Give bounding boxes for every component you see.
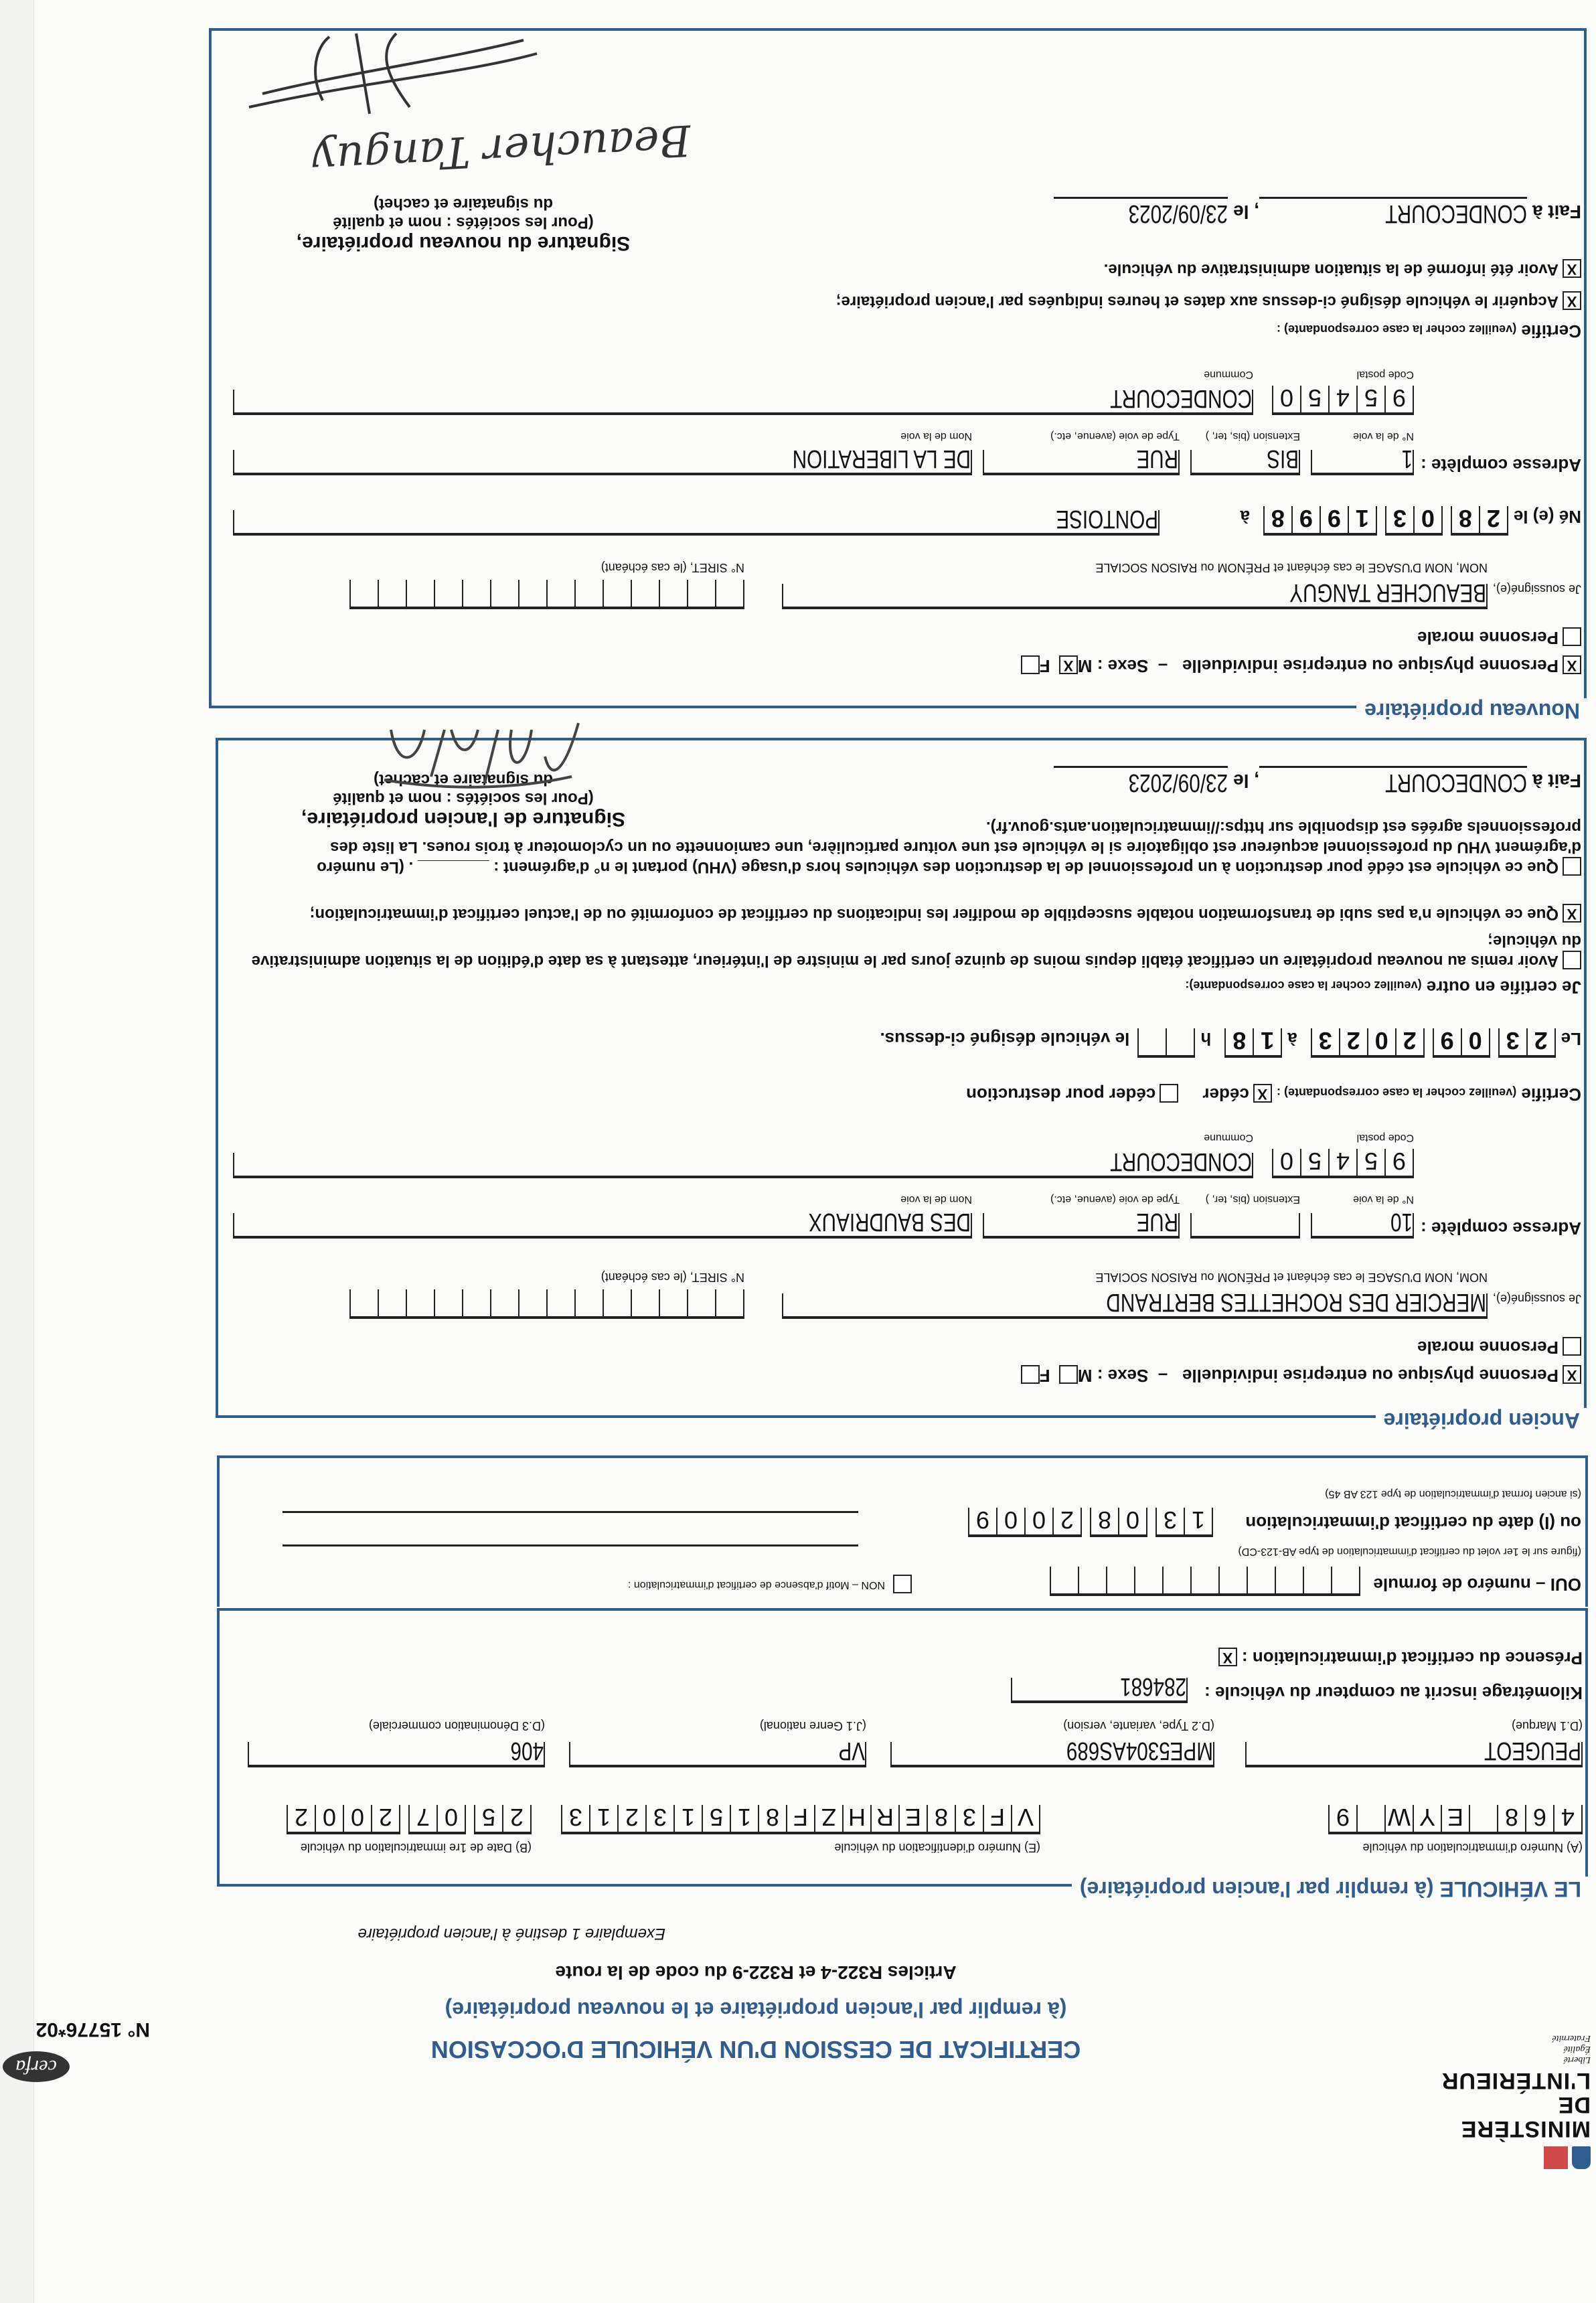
cell-group[interactable]: 07 [408,1805,466,1834]
char-cell[interactable]: R [872,1805,900,1832]
cession-datetime-row: Le 23092023 à 18 h le véhicule désigné c… [880,1028,1581,1058]
vehicle-section-title: LE VÉHICULE (à remplir par l'ancien prop… [1072,1877,1589,1901]
nouveau-physique-checkbox[interactable]: X [1563,655,1581,674]
char-cell[interactable] [1164,1567,1192,1593]
flag-red-icon [1544,2146,1568,2169]
char-cell[interactable] [660,580,688,607]
char-cell[interactable]: 4 [1554,1805,1583,1832]
non-motif-line-1[interactable] [283,1544,858,1546]
birth-place-field[interactable]: PONTOISE [233,510,1160,536]
ancien-proprietaire-section: Ancien propriétaire XPersonne physique o… [216,736,1588,1433]
copy-label: Exemplaire 1 destiné à l'ancien propriét… [357,1924,665,1943]
char-cell[interactable]: 8 [1263,506,1293,533]
char-cell[interactable] [491,1289,520,1316]
char-cell[interactable]: 5 [1301,1149,1330,1176]
non-checkbox[interactable] [893,1575,912,1593]
immatriculation-cells[interactable]: 468EYW9 [1328,1805,1583,1834]
ancien-physique-checkbox[interactable]: X [1563,1365,1581,1384]
char-cell[interactable] [1192,1567,1220,1593]
char-cell[interactable]: Z [815,1805,844,1832]
char-cell[interactable] [1358,1805,1386,1832]
char-cell[interactable] [632,1289,660,1316]
cell-group[interactable]: 25 [474,1805,532,1834]
cession-hour-cells[interactable]: 18 [1224,1028,1282,1058]
republic-motto: Liberté Égalité Fraternité [1417,2033,1591,2065]
char-cell[interactable]: 1 [1185,1508,1213,1534]
char-cell[interactable] [1276,1567,1304,1593]
char-cell[interactable]: 8 [1498,1805,1526,1832]
num-voie-hint: N° de la voie [1353,1193,1414,1205]
birth-row: Né (e) le 28031998 à [1234,506,1581,536]
nouveau-sexe-m-checkbox[interactable]: X [1059,655,1078,674]
nouveau-option-2-checkbox[interactable]: X [1563,259,1581,278]
type-field[interactable]: MPE5304AS689 [890,1742,1214,1767]
char-cell[interactable]: F [787,1805,815,1832]
oui-hint: (figure sur le 1er volet du certificat d… [1238,1545,1581,1557]
cell-group[interactable]: 09 [1433,1028,1490,1058]
ancien-physique-row: XPersonne physique ou entreprise individ… [1017,1365,1581,1386]
cell-group[interactable]: 2009 [968,1508,1082,1537]
char-cell[interactable] [548,1289,576,1316]
char-cell[interactable]: 9 [1433,1028,1462,1055]
nouveau-type-voie[interactable]: RUE [983,450,1180,475]
char-cell[interactable] [548,580,576,607]
cell-group[interactable]: 2023 [1311,1028,1425,1058]
char-cell[interactable]: 1 [731,1805,759,1832]
char-cell[interactable] [435,1289,463,1316]
char-cell[interactable] [520,1289,548,1316]
char-cell[interactable]: H [844,1805,872,1832]
nom-voie-hint: Nom de la voie [900,1193,972,1205]
certificate-details: OUI – numéro de formule NON – Motif d'ab… [222,1453,1588,1607]
ministry-name: MINISTÈRE DE L'INTÉRIEUR [1417,2069,1591,2141]
char-cell[interactable] [1304,1567,1332,1593]
presence-checkbox[interactable]: X [1218,1648,1237,1666]
type-voie-hint: Type de voie (avenue, etc.) [1050,430,1180,442]
char-cell[interactable]: 2 [1054,1508,1082,1534]
nouveau-commune[interactable]: CONDECOURT [233,390,1253,415]
char-cell[interactable] [407,580,435,607]
nouveau-code-postal-cells[interactable]: 95450 [1272,386,1414,415]
char-cell[interactable]: 0 [1272,386,1301,412]
marianne-icon [1572,2146,1591,2169]
marque-field[interactable]: PEUGEOT [1245,1742,1583,1767]
cell-group[interactable]: 03 [1385,506,1443,536]
nouveau-section-title: Nouveau propriétaire [1356,698,1588,723]
nouveau-nom-voie[interactable]: DE LA LIBERATION [233,450,972,475]
char-cell[interactable]: 2 [1480,506,1508,533]
char-cell[interactable] [688,580,716,607]
char-cell[interactable]: 1 [1254,1028,1282,1055]
form-title: CERTIFICAT DE CESSION D'UN VÉHICULE D'OC… [254,2035,1258,2063]
ancien-fait-date[interactable]: 23/09/2023 [1054,766,1228,797]
type-voie-hint: Type de voie (avenue, etc.) [1050,1193,1180,1205]
type-label: (D.2 Type, variante, version) [1063,1719,1214,1733]
outre-row: Je certifie en outre (veuillez cocher la… [1185,977,1581,998]
char-cell[interactable]: 2 [287,1805,316,1832]
char-cell[interactable]: 0 [1272,1149,1301,1176]
char-cell[interactable]: 2 [1340,1028,1368,1055]
marque-label: (D.1 Marque) [1512,1719,1583,1733]
date-ci-hint: (si ancien format d'immatriculation de t… [1325,1488,1581,1500]
char-cell[interactable]: 0 [1119,1508,1147,1534]
char-cell[interactable]: Y [1414,1805,1442,1832]
vin-cells[interactable]: VF38ERHZF81513213 [561,1805,1040,1834]
ancien-siret-hint: N° SIRET, (le cas échéant) [601,1270,744,1284]
first-registration-label: (B) Date de 1re immatriculation du véhic… [301,1840,532,1854]
nouveau-fait-lieu[interactable]: CONDECOURT [1259,197,1527,228]
char-cell[interactable]: 8 [1451,506,1480,533]
char-cell[interactable]: 9 [1386,1149,1414,1176]
char-cell[interactable] [379,580,407,607]
form-subtitle: (à remplir par l'ancien propriétaire et … [254,1997,1258,2022]
ancien-extension[interactable] [1190,1213,1300,1239]
char-cell[interactable]: 8 [759,1805,787,1832]
nouveau-option-2: XAvoir été informé de la situation admin… [1104,259,1581,279]
char-cell[interactable]: 5 [1358,1149,1386,1176]
ancien-morale-checkbox[interactable] [1563,1337,1581,1356]
ancien-fait-lieu[interactable]: CONDECOURT [1259,766,1527,797]
nouveau-extension[interactable]: BIS [1190,450,1300,475]
char-cell[interactable] [491,580,520,607]
char-cell[interactable]: W [1386,1805,1414,1832]
code-postal-hint: Code postal [1357,368,1414,380]
char-cell[interactable]: F [984,1805,1012,1832]
commune-hint: Commune [1204,368,1253,380]
char-cell[interactable] [1135,1567,1164,1593]
nouveau-soussigne-label: Je soussigné(e), [1493,582,1581,596]
char-cell[interactable]: 2 [1396,1028,1425,1055]
ancien-type-voie[interactable]: RUE [983,1213,1180,1239]
char-cell[interactable] [1167,1028,1195,1055]
char-cell[interactable] [688,1289,716,1316]
cerfa-logo: cerfa [3,2051,70,2082]
char-cell[interactable]: 4 [1330,386,1358,412]
char-cell[interactable] [1470,1805,1498,1832]
char-cell[interactable]: 7 [408,1805,438,1832]
date-ci-label: ou (I) date du certificat d'immatriculat… [1245,1512,1581,1533]
code-postal-hint: Code postal [1357,1131,1414,1143]
char-cell[interactable]: 9 [968,1508,997,1534]
extension-hint: Extension (bis, ter, ) [1206,1193,1300,1205]
cession-date-cells[interactable]: 23092023 [1303,1028,1556,1058]
cerfa-form-page: MINISTÈRE DE L'INTÉRIEUR Liberté Égalité… [0,0,1596,2303]
nouveau-proprietaire-section: Nouveau propriétaire XPersonne physique … [209,33,1588,723]
formule-number-cells[interactable] [1050,1567,1360,1596]
char-cell[interactable]: 2 [372,1805,400,1832]
char-cell[interactable] [604,580,632,607]
cell-group[interactable]: 2002 [287,1805,400,1834]
char-cell[interactable]: 9 [1386,386,1414,412]
immatriculation-label: (A) Numéro d'immatriculation du véhicule [1362,1840,1583,1854]
char-cell[interactable] [716,1289,744,1316]
num-voie-hint: N° de la voie [1353,430,1414,442]
char-cell[interactable]: 9 [1321,506,1349,533]
cell-group[interactable]: 13 [1155,1508,1213,1537]
birth-date-cells[interactable]: 28031998 [1255,506,1508,536]
legal-articles: Articles R322-4 et R322-9 du code de la … [254,1962,1258,1983]
nouveau-morale-row: Personne morale [1417,627,1581,648]
cerfa-number: N° 15776*02 [36,2018,150,2041]
non-motif-line-2[interactable] [283,1511,858,1513]
outre-option-1-checkbox[interactable] [1563,951,1581,969]
char-cell[interactable]: 9 [1328,1805,1358,1832]
cession-minute-cells[interactable] [1137,1028,1195,1058]
cell-group[interactable]: 23 [1498,1028,1556,1058]
nom-voie-hint: Nom de la voie [900,430,972,442]
char-cell[interactable] [1248,1567,1276,1593]
outre-option-3-checkbox[interactable] [1563,857,1581,876]
char-cell[interactable]: 8 [1090,1508,1119,1534]
char-cell[interactable]: 0 [1415,506,1443,533]
char-cell[interactable] [520,580,548,607]
ancien-commune[interactable]: CONDECOURT [233,1153,1253,1178]
nouveau-morale-checkbox[interactable] [1563,627,1581,646]
char-cell[interactable]: 2 [619,1805,647,1832]
ancien-siret-cells[interactable] [349,1289,744,1319]
char-cell[interactable] [716,580,744,607]
char-cell[interactable] [463,580,491,607]
nouveau-fait-row: Fait à CONDECOURT, le 23/09/2023 [1054,197,1581,228]
ancien-num-voie[interactable]: 10 [1311,1213,1414,1239]
commune-hint: Commune [1204,1131,1253,1143]
char-cell[interactable]: 5 [1358,386,1386,412]
ceder-destruction-checkbox[interactable] [1160,1084,1178,1103]
extension-hint: Extension (bis, ter, ) [1206,430,1300,442]
char-cell[interactable]: 2 [503,1805,532,1832]
genre-field[interactable]: VP [569,1742,866,1767]
ancien-sexe-m-checkbox[interactable] [1059,1365,1078,1384]
char-cell[interactable]: 3 [647,1805,675,1832]
cell-group[interactable]: 28 [1451,506,1508,536]
nouveau-physique-row: XPersonne physique ou entreprise individ… [1017,655,1581,676]
denomination-label: (D.3 Dénomination commerciale) [369,1719,545,1733]
ancien-nom-voie[interactable]: DES BAUDRIAUX [233,1213,972,1239]
nouveau-fait-date[interactable]: 23/09/2023 [1054,197,1228,228]
char-cell[interactable]: 1 [1349,506,1377,533]
nouveau-siret-hint: N° SIRET, (le cas échéant) [601,560,744,574]
char-cell[interactable]: 0 [438,1805,466,1832]
denomination-field[interactable]: 406 [248,1742,545,1767]
ancien-section-title: Ancien propriétaire [1376,1408,1588,1433]
char-cell[interactable] [435,580,463,607]
char-cell[interactable]: 5 [474,1805,503,1832]
nouveau-name-hint: NOM, NOM D'USAGE le cas échéant et PRÉNO… [1095,560,1488,574]
char-cell[interactable]: 5 [703,1805,731,1832]
ancien-certifie-row: Certifie (veuillez cocher la case corres… [966,1084,1581,1105]
char-cell[interactable]: 3 [1311,1028,1340,1055]
char-cell[interactable]: 9 [1293,506,1321,533]
char-cell[interactable]: 8 [1224,1028,1254,1055]
char-cell[interactable]: 3 [561,1805,590,1832]
genre-label: (J.1 Genre national) [760,1719,866,1733]
char-cell[interactable]: 5 [1301,386,1330,412]
cell-group[interactable]: 08 [1090,1508,1147,1537]
char-cell[interactable] [1050,1567,1079,1593]
nouveau-siret-cells[interactable] [349,580,744,609]
nouveau-sexe-f-checkbox[interactable] [1021,655,1040,674]
char-cell[interactable]: 0 [1368,1028,1396,1055]
char-cell[interactable]: 3 [956,1805,984,1832]
ancien-code-postal-cells[interactable]: 95450 [1272,1149,1414,1178]
ancien-fait-row: Fait à CONDECOURT, le 23/09/2023 [1054,766,1581,797]
char-cell[interactable]: 4 [1330,1149,1358,1176]
nouveau-certifie-row: Certifie (veuillez cocher la case corres… [1277,321,1581,341]
char-cell[interactable] [1332,1567,1360,1593]
char-cell[interactable] [1079,1567,1107,1593]
non-label: NON – Motif d'absence de certificat d'im… [628,1579,885,1591]
char-cell[interactable]: 6 [1526,1805,1554,1832]
char-cell[interactable] [407,1289,435,1316]
char-cell[interactable]: 8 [928,1805,956,1832]
date-ci-cells[interactable]: 13082009 [960,1508,1213,1537]
char-cell[interactable]: V [1012,1805,1040,1832]
nouveau-name-field[interactable]: BEAUCHER TANGUY [782,584,1488,609]
char-cell[interactable] [576,580,604,607]
char-cell[interactable] [1220,1567,1248,1593]
ancien-name-hint: NOM, NOM D'USAGE le cas échéant et PRÉNO… [1095,1270,1488,1284]
char-cell[interactable]: 0 [997,1508,1026,1534]
char-cell[interactable] [379,1289,407,1316]
outre-option-2: XQue ce véhicule n'a pas subi de transfo… [249,904,1581,924]
char-cell[interactable]: 0 [1026,1508,1054,1534]
ancien-name-field[interactable]: MERCIER DES ROCHETTES BERTRAND [782,1293,1488,1319]
char-cell[interactable]: E [1442,1805,1470,1832]
ancien-sexe-f-checkbox[interactable] [1021,1365,1040,1384]
char-cell[interactable] [349,580,379,607]
presence-row: Présence du certificat d'immatriculation… [1214,1648,1583,1668]
char-cell[interactable] [660,1289,688,1316]
ancien-adresse-label: Adresse complète : [1421,1218,1581,1239]
char-cell[interactable]: 3 [1498,1028,1528,1055]
km-label: Kilométrage inscrit au compteur du véhic… [1204,1682,1583,1703]
char-cell[interactable]: 3 [1155,1508,1185,1534]
char-cell[interactable]: 2 [1528,1028,1556,1055]
char-cell[interactable] [349,1289,379,1316]
ceder-checkbox[interactable]: X [1253,1084,1272,1103]
char-cell[interactable]: 0 [316,1805,344,1832]
char-cell[interactable] [576,1289,604,1316]
char-cell[interactable]: E [900,1805,928,1832]
char-cell[interactable]: 1 [675,1805,703,1832]
char-cell[interactable] [604,1289,632,1316]
vehicle-section: LE VÉHICULE (à remplir par l'ancien prop… [217,1607,1589,1901]
ancien-morale-row: Personne morale [1417,1337,1581,1358]
ministry-logo: MINISTÈRE DE L'INTÉRIEUR Liberté Égalité… [1417,2033,1591,2169]
nouveau-num-voie[interactable]: 1 [1311,450,1414,475]
nouveau-adresse-label: Adresse complète : [1421,455,1581,475]
char-cell[interactable]: 3 [1385,506,1415,533]
outre-option-1: Avoir remis au nouveau propriétaire un c… [249,931,1581,971]
char-cell[interactable]: 1 [590,1805,619,1832]
char-cell[interactable] [1107,1567,1135,1593]
nouveau-option-1-checkbox[interactable]: X [1563,291,1581,310]
char-cell[interactable] [1137,1028,1167,1055]
char-cell[interactable]: 0 [1462,1028,1490,1055]
cell-group[interactable]: 1998 [1263,506,1377,536]
char-cell[interactable]: 0 [344,1805,372,1832]
char-cell[interactable] [632,580,660,607]
ancien-soussigne-label: Je soussigné(e), [1493,1291,1581,1305]
km-field[interactable]: 284681 [1011,1678,1188,1703]
nouveau-signature-block: Signature du nouveau propriétaire, (Pour… [276,194,651,254]
vin-label: (E) Numéro d'identification du véhicule [834,1840,1040,1854]
first-registration-cells[interactable]: 25072002 [278,1805,532,1834]
char-cell[interactable] [463,1289,491,1316]
nouveau-signature [236,27,544,121]
oui-label: OUI – numéro de formule [1373,1574,1581,1595]
outre-option-2-checkbox[interactable]: X [1563,904,1581,923]
nouveau-option-1: XAcquérir le véhicule désigné ci-dessus … [836,291,1581,311]
